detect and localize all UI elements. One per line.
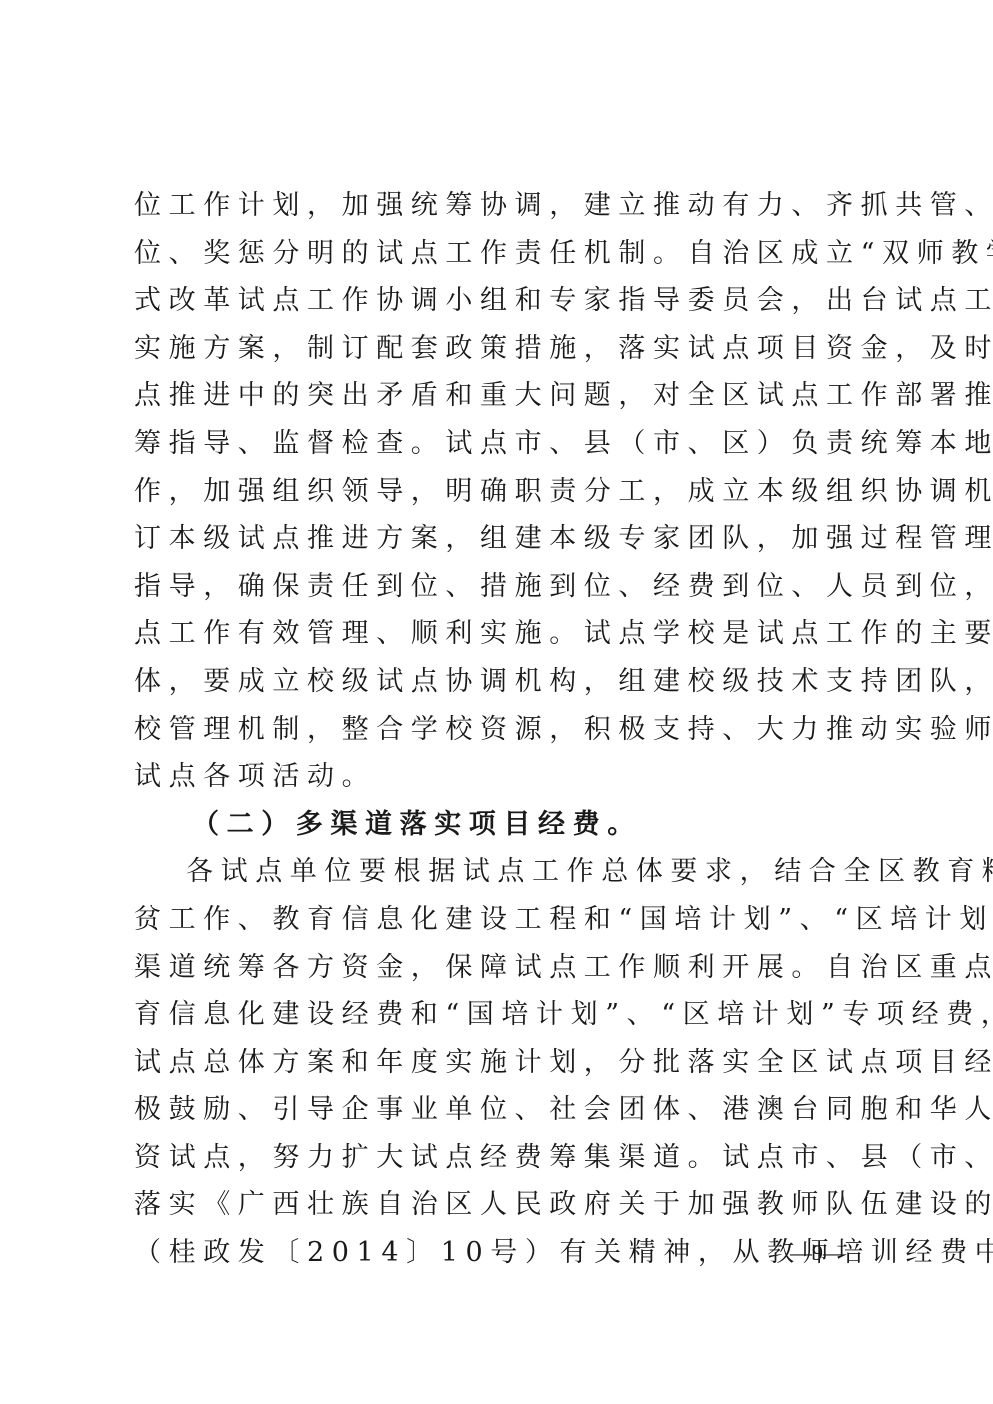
paragraph-line: 试点总体方案和年度实施计划，分批落实全区试点项目经费；积 <box>134 1039 869 1087</box>
body-text: 位工作计划，加强统筹协调，建立推动有力、齐抓共管、检查到 位、奖惩分明的试点工作… <box>134 182 869 1277</box>
paragraph-line: 位、奖惩分明的试点工作责任机制。自治区成立“双师教学”模 <box>134 230 869 278</box>
paragraph-line: 校管理机制，整合学校资源，积极支持、大力推动实验师生参与 <box>134 706 869 754</box>
paragraph-line: 渠道统筹各方资金，保障试点工作顺利开展。自治区重点统筹教 <box>134 944 869 992</box>
paragraph-line: 实施方案，制订配套政策措施，落实试点项目资金，及时研究试 <box>134 325 869 373</box>
page-number: —9— <box>790 1240 845 1266</box>
paragraph-line: 位工作计划，加强统筹协调，建立推动有力、齐抓共管、检查到 <box>134 182 869 230</box>
paragraph-line: 点工作有效管理、顺利实施。试点学校是试点工作的主要实施主 <box>134 610 869 658</box>
paragraph-line: 式改革试点工作协调小组和专家指导委员会，出台试点工作整体 <box>134 277 869 325</box>
paragraph-line: 试点各项活动。 <box>134 753 869 801</box>
paragraph-line: 作，加强组织领导，明确职责分工，成立本级组织协调机构，制 <box>134 468 869 516</box>
paragraph-line: 筹指导、监督检查。试点市、县（市、区）负责统筹本地试点工 <box>134 420 869 468</box>
paragraph-line: 贫工作、教育信息化建设工程和“国培计划”、“区培计划”，多 <box>134 896 869 944</box>
paragraph-line: 体，要成立校级试点协调机构，组建校级技术支持团队，完善学 <box>134 658 869 706</box>
paragraph-line: 各试点单位要根据试点工作总体要求，结合全区教育精准扶 <box>134 848 869 896</box>
paragraph-line: （桂政发〔2014〕10号）有关精神，从教师培训经费中划拨配 <box>134 1229 869 1277</box>
paragraph-line: 资试点，努力扩大试点经费筹集渠道。试点市、县（市、区）要 <box>134 1134 869 1182</box>
section-heading: （二）多渠道落实项目经费。 <box>134 801 869 849</box>
paragraph-line: 落实《广西壮族自治区人民政府关于加强教师队伍建设的意见》 <box>134 1181 869 1229</box>
paragraph-line: 育信息化建设经费和“国培计划”、“区培计划”专项经费，根据 <box>134 991 869 1039</box>
document-page: 位工作计划，加强统筹协调，建立推动有力、齐抓共管、检查到 位、奖惩分明的试点工作… <box>0 0 993 1404</box>
paragraph-line: 指导，确保责任到位、措施到位、经费到位、人员到位，实现试 <box>134 563 869 611</box>
paragraph-line: 订本级试点推进方案，组建本级专家团队，加强过程管理和专家 <box>134 515 869 563</box>
paragraph-line: 极鼓励、引导企事业单位、社会团体、港澳台同胞和华人华侨捐 <box>134 1086 869 1134</box>
paragraph-line: 点推进中的突出矛盾和重大问题，对全区试点工作部署推动、统 <box>134 372 869 420</box>
